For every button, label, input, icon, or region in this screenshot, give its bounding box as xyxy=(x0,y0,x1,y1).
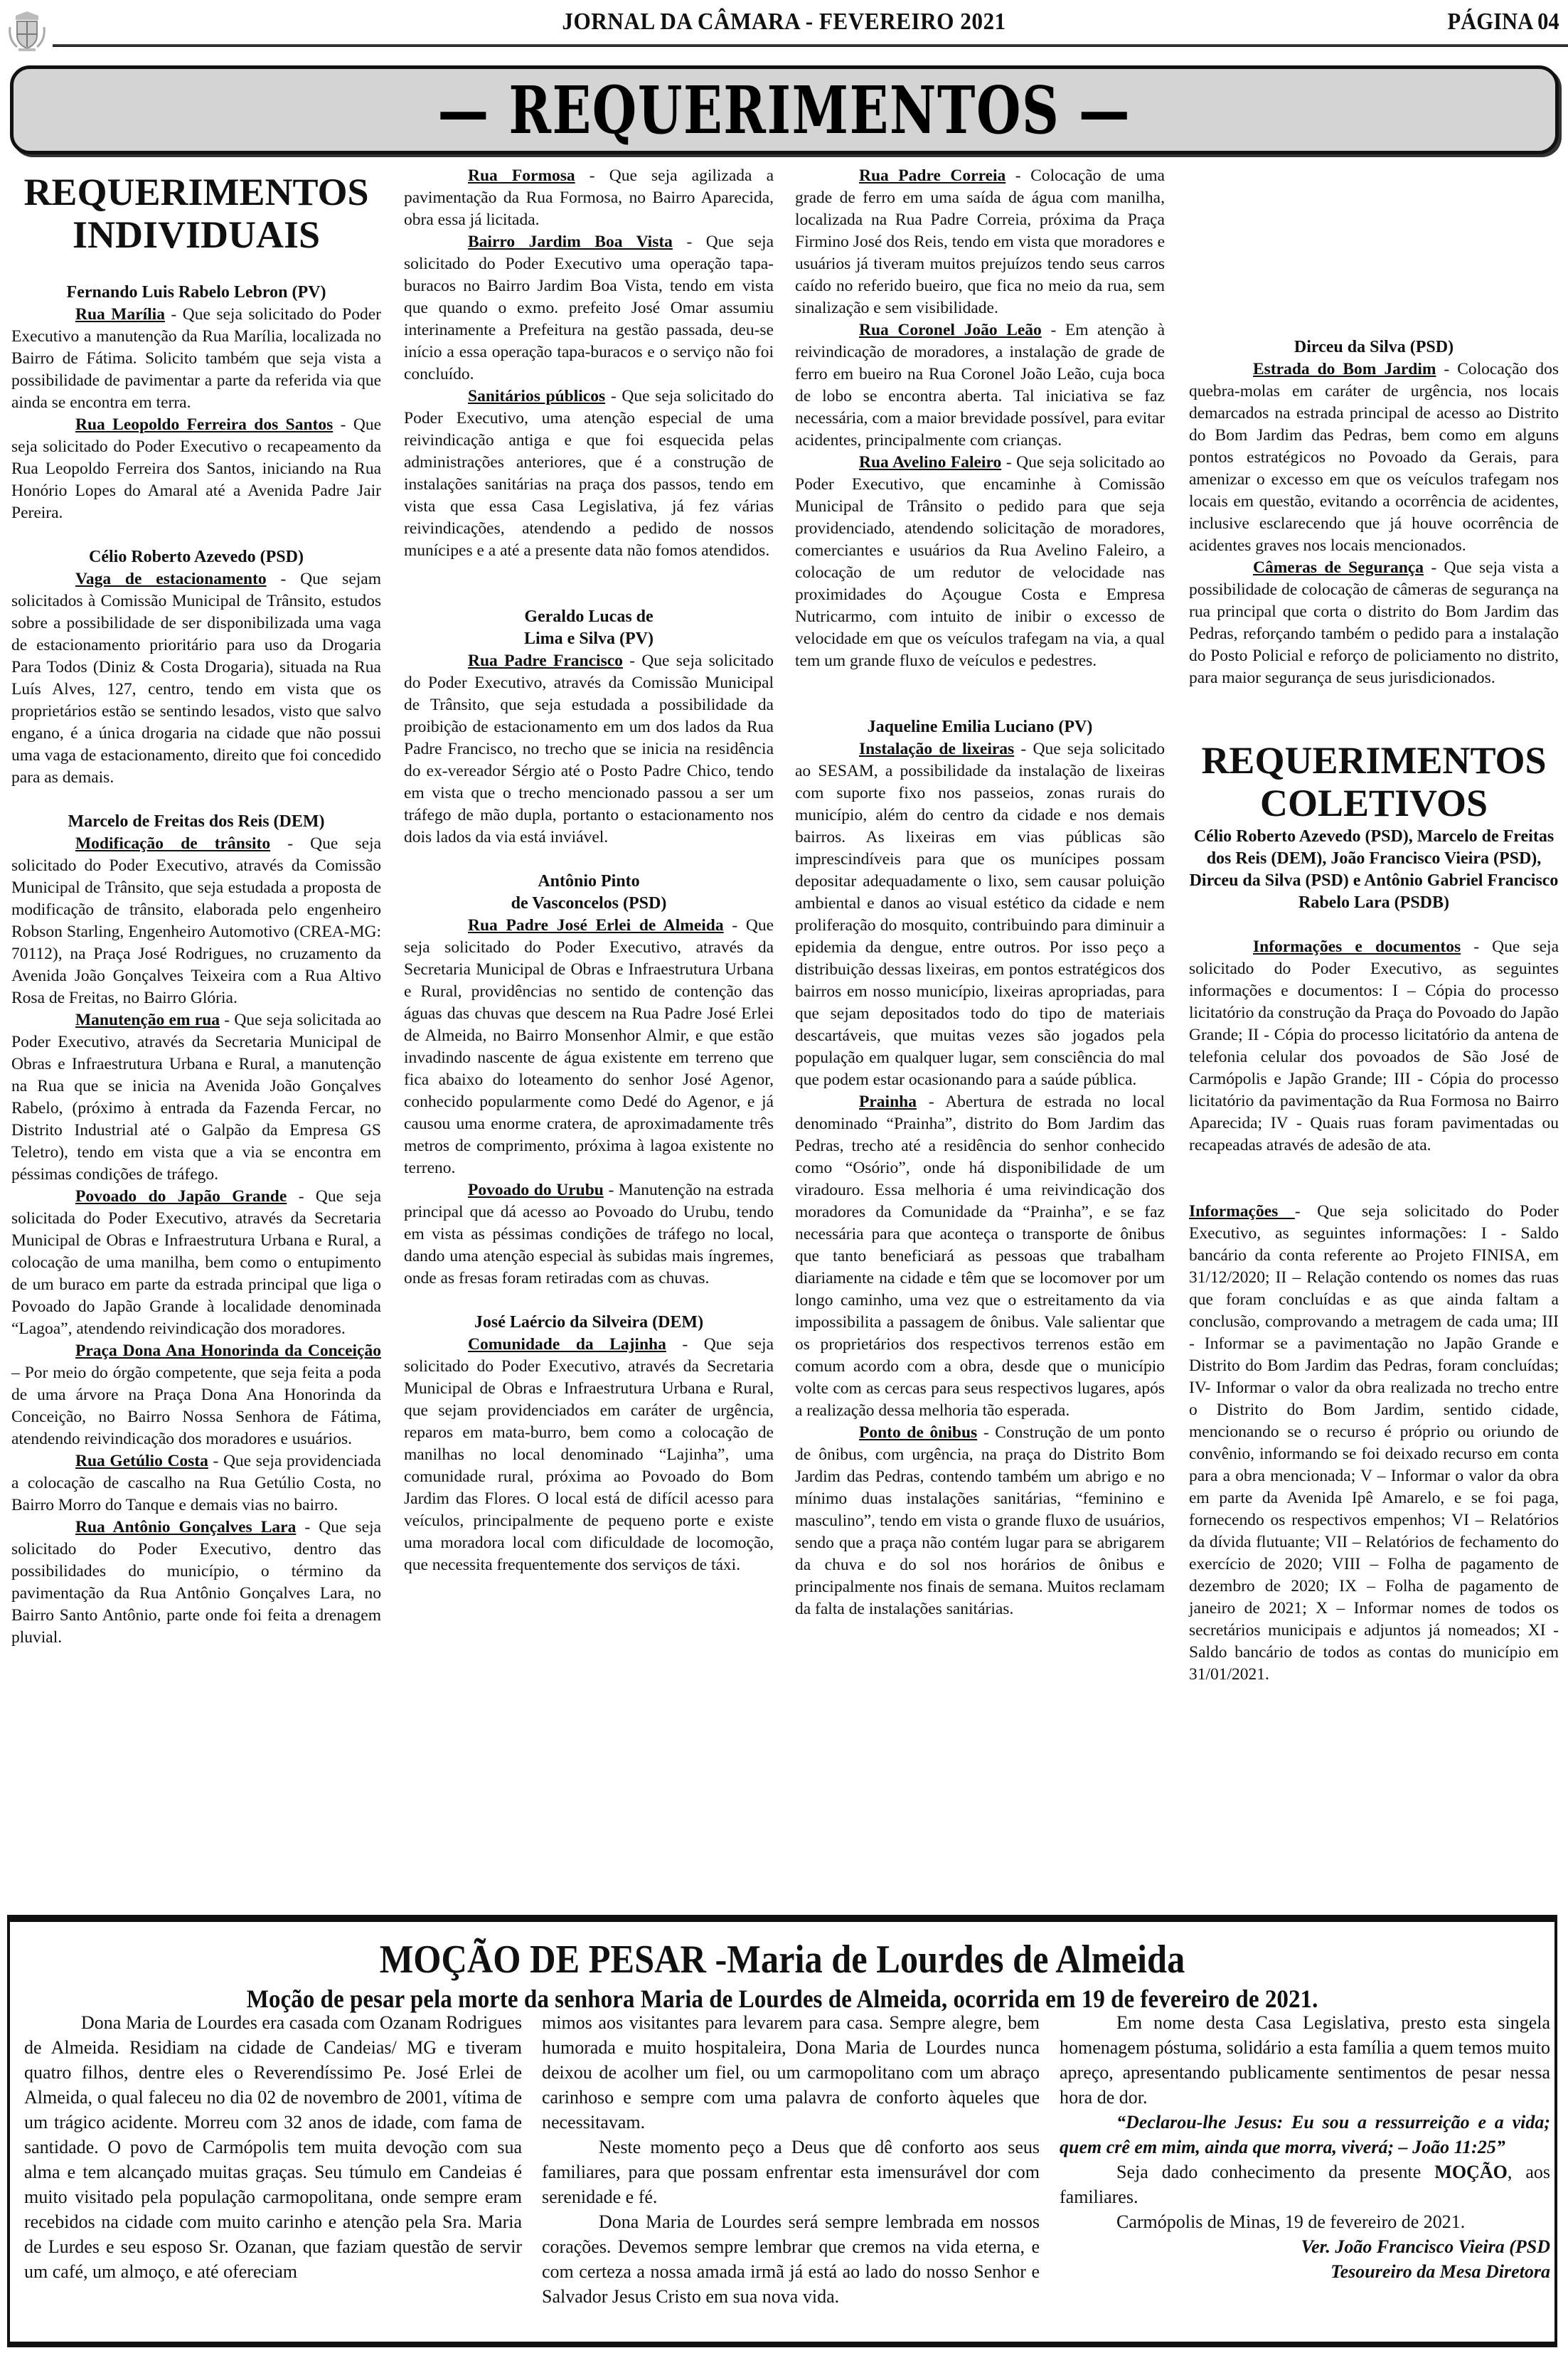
request-item: Manutenção em rua - Que seja solicitada … xyxy=(11,1009,381,1186)
mocao-column-1: Dona Maria de Lourdes era casada com Oza… xyxy=(24,2010,522,2284)
mocao-paragraph: mimos aos visitantes para levarem para c… xyxy=(542,2010,1040,2135)
request-topic: Vaga de estacionamento xyxy=(75,570,267,588)
newspaper-title: JORNAL DA CÂMARA - FEVEREIRO 2021 xyxy=(63,9,1505,36)
request-item-continues: Rua Antônio Gonçalves Lara - Que seja so… xyxy=(11,1517,381,1649)
request-text: - Que seja solicitado do Poder Executivo… xyxy=(1189,938,1559,1154)
request-item: Praça Dona Ana Honorinda da Conceição – … xyxy=(11,1340,381,1450)
request-topic: Instalação de lixeiras xyxy=(859,740,1014,758)
column-1: REQUERIMENTOS INDIVIDUAIS Fernando Luis … xyxy=(11,165,381,1649)
section-banner-title: — REQUERIMENTOS — xyxy=(438,72,1131,149)
masthead-divider xyxy=(53,44,1568,47)
request-topic: Rua Padre José Erlei de Almeida xyxy=(468,916,724,935)
column-4: Dirceu da Silva (PSD) Estrada do Bom Jar… xyxy=(1189,165,1559,1686)
request-topic: Rua Getúlio Costa xyxy=(75,1452,208,1470)
request-topic: Modificação de trânsito xyxy=(75,834,270,853)
request-topic: Estrada do Bom Jardim xyxy=(1253,360,1436,378)
request-text: - Que sejam solicitados à Comissão Munic… xyxy=(11,570,381,787)
request-topic: Rua Coronel João Leão xyxy=(859,321,1042,339)
request-text: - Que seja solicitado do Poder Executivo… xyxy=(404,1335,774,1574)
request-topic: Rua Marília xyxy=(75,305,165,324)
request-topic: Informações xyxy=(1189,1202,1295,1221)
request-text: - Que seja solicitado do Poder Executivo… xyxy=(11,834,381,1007)
request-topic: Povoado do Japão Grande xyxy=(75,1187,287,1206)
request-topic: Comunidade da Lajinha xyxy=(468,1335,666,1354)
individuais-title-line1: REQUERIMENTOS xyxy=(23,171,368,213)
request-text: - Construção de um ponto de ônibus, com … xyxy=(795,1423,1165,1618)
author-name: José Laércio da Silveira (DEM) xyxy=(404,1312,774,1334)
municipal-coat-of-arms-icon xyxy=(6,9,48,53)
request-item: Modificação de trânsito - Que seja solic… xyxy=(11,833,381,1009)
coletivos-title-line1: REQUERIMENTOS xyxy=(1201,739,1546,782)
request-item-continues: Ponto de ônibus - Construção de um ponto… xyxy=(795,1422,1165,1620)
mocao-text: Seja dado conhecimento da presente xyxy=(1116,2162,1434,2182)
mocao-column-3: Em nome desta Casa Legislativa, presto e… xyxy=(1060,2010,1550,2284)
request-text: - Que seja solicitado do Poder Executivo… xyxy=(11,305,381,412)
author-name: Antônio Pinto de Vasconcelos (PSD) xyxy=(404,871,774,915)
masthead: JORNAL DA CÂMARA - FEVEREIRO 2021 PÁGINA… xyxy=(0,0,1568,57)
mocao-paragraph: Em nome desta Casa Legislativa, presto e… xyxy=(1060,2010,1550,2110)
author-name: Jaqueline Emilia Luciano (PV) xyxy=(795,716,1165,738)
request-text: – Por meio do órgão competente, que seja… xyxy=(11,1364,381,1448)
request-item: Povoado do Japão Grande - Que seja solic… xyxy=(11,1186,381,1340)
request-item: Informações - Que seja solicitado do Pod… xyxy=(1189,1201,1559,1686)
request-topic: Praça Dona Ana Honorinda da Conceição xyxy=(75,1342,381,1360)
author-name: Dirceu da Silva (PSD) xyxy=(1189,336,1559,358)
request-item: Instalação de lixeiras - Que seja solici… xyxy=(795,738,1165,1091)
author-name: Fernando Luis Rabelo Lebron (PV) xyxy=(11,282,381,304)
request-item: Bairro Jardim Boa Vista - Que seja solic… xyxy=(404,231,774,386)
author-name-line1: Antônio Pinto xyxy=(538,872,639,891)
request-text: - Colocação de uma grade de ferro em uma… xyxy=(795,166,1165,317)
request-item: Vaga de estacionamento - Que sejam solic… xyxy=(11,568,381,789)
request-text: - Que seja solicitado do Poder Executivo… xyxy=(404,652,774,846)
column-3: Rua Padre Correia - Colocação de uma gra… xyxy=(795,165,1165,1620)
request-topic: Bairro Jardim Boa Vista xyxy=(468,233,673,251)
request-topic: Rua Padre Correia xyxy=(859,166,1006,185)
place-date: Carmópolis de Minas, 19 de fevereiro de … xyxy=(1060,2209,1550,2234)
request-item: Rua Padre José Erlei de Almeida - Que se… xyxy=(404,915,774,1179)
request-topic: Manutenção em rua xyxy=(75,1011,220,1029)
continued-text-spacer xyxy=(1189,165,1559,314)
column-2: Rua Formosa - Que seja agilizada a pavim… xyxy=(404,165,774,1576)
request-text: - Abertura de estrada no local denominad… xyxy=(795,1093,1165,1420)
request-item: Estrada do Bom Jardim - Colocação dos qu… xyxy=(1189,358,1559,557)
request-topic: Rua Leopoldo Ferreira dos Santos xyxy=(75,415,333,434)
request-topic: Rua Formosa xyxy=(468,166,575,185)
request-item: Rua Getúlio Costa - Que seja providencia… xyxy=(11,1450,381,1517)
request-text: - Que seja solicitado do Poder Executivo… xyxy=(404,233,774,383)
author-name-line1: Geraldo Lucas de xyxy=(524,607,653,626)
mocao-paragraph: Seja dado conhecimento da presente MOÇÃO… xyxy=(1060,2160,1550,2209)
request-item: Rua Marília - Que seja solicitado do Pod… xyxy=(11,304,381,414)
request-topic: Rua Padre Francisco xyxy=(468,652,623,670)
request-text: - Que seja vista a possibilidade de colo… xyxy=(1189,558,1559,687)
request-item: Rua Leopoldo Ferreira dos Santos - Que s… xyxy=(11,414,381,524)
request-text: - Que seja solicitado ao SESAM, a possib… xyxy=(795,740,1165,1089)
request-text: - Que seja solicitado do Poder Executivo… xyxy=(404,387,774,560)
author-name: Geraldo Lucas de Lima e Silva (PV) xyxy=(404,606,774,650)
mocao-paragraph: Dona Maria de Lourdes era casada com Oza… xyxy=(24,2010,522,2284)
coletivos-authors: Célio Roberto Azevedo (PSD), Marcelo de … xyxy=(1189,826,1559,914)
request-item: Prainha - Abertura de estrada no local d… xyxy=(795,1091,1165,1422)
request-topic: Povoado do Urubu xyxy=(468,1181,604,1199)
mocao-de-pesar-box: MOÇÃO DE PESAR -Maria de Lourdes de Alme… xyxy=(7,1915,1557,2347)
request-topic: Ponto de ônibus xyxy=(859,1423,977,1442)
request-item-continues: Comunidade da Lajinha - Que seja solicit… xyxy=(404,1334,774,1576)
request-text: - Que seja solicitada ao Poder Executivo… xyxy=(11,1011,381,1184)
request-topic: Rua Antônio Gonçalves Lara xyxy=(75,1518,296,1536)
request-item: Rua Formosa - Que seja agilizada a pavim… xyxy=(404,165,774,231)
request-topic: Prainha xyxy=(859,1093,917,1111)
coletivos-title-line2: COLETIVOS xyxy=(1260,782,1488,824)
request-topic: Rua Avelino Faleiro xyxy=(859,453,1001,472)
requerimentos-columns: REQUERIMENTOS INDIVIDUAIS Fernando Luis … xyxy=(0,165,1568,1901)
request-item: Rua Padre Francisco - Que seja solicitad… xyxy=(404,650,774,849)
author-name: Marcelo de Freitas dos Reis (DEM) xyxy=(11,811,381,833)
signature-name: Ver. João Francisco Vieira (PSD xyxy=(1060,2234,1550,2259)
mocao-paragraph: Dona Maria de Lourdes será sempre lembra… xyxy=(542,2209,1040,2309)
page-number: PÁGINA 04 xyxy=(1448,9,1559,36)
individuais-title-line2: INDIVIDUAIS xyxy=(73,213,320,256)
author-name: Célio Roberto Azevedo (PSD) xyxy=(11,546,381,568)
request-text: - Que seja solicitado ao Poder Executivo… xyxy=(795,453,1165,670)
request-text: - Colocação dos quebra-molas em caráter … xyxy=(1189,360,1559,555)
author-name-line2: Lima e Silva (PV) xyxy=(524,630,654,648)
request-item: Rua Avelino Faleiro - Que seja solicitad… xyxy=(795,452,1165,672)
request-topic: Sanitários públicos xyxy=(468,387,605,405)
request-item: Câmeras de Segurança - Que seja vista a … xyxy=(1189,557,1559,689)
request-text: - Que seja solicitado do Poder Executivo… xyxy=(1189,1202,1559,1684)
signature-role: Tesoureiro da Mesa Diretora xyxy=(1060,2259,1550,2284)
mocao-paragraph: Neste momento peço a Deus que dê confort… xyxy=(542,2135,1040,2209)
request-item: Sanitários públicos - Que seja solicitad… xyxy=(404,386,774,562)
coletivos-title: REQUERIMENTOS COLETIVOS xyxy=(1189,739,1559,824)
request-text: - Que seja solicitado do Poder Executivo… xyxy=(11,1518,381,1647)
request-topic: Informações e documentos xyxy=(1253,938,1461,956)
request-text: - Que seja solicitado do Poder Executivo… xyxy=(404,916,774,1177)
request-item: Povoado do Urubu - Manutenção na estrada… xyxy=(404,1179,774,1290)
author-name-line2: de Vasconcelos (PSD) xyxy=(511,894,667,913)
mocao-title: MOÇÃO DE PESAR -Maria de Lourdes de Alme… xyxy=(87,1936,1478,1983)
request-item: Rua Coronel João Leão - Em atenção à rei… xyxy=(795,319,1165,452)
bible-quote: “Declarou-lhe Jesus: Eu sou a ressurreiç… xyxy=(1060,2110,1550,2160)
mocao-emphasis: MOÇÃO xyxy=(1434,2162,1508,2182)
section-banner: — REQUERIMENTOS — xyxy=(10,65,1559,154)
request-item: Rua Padre Correia - Colocação de uma gra… xyxy=(795,165,1165,319)
request-topic: Câmeras de Segurança xyxy=(1253,558,1424,577)
request-item: Informações e documentos - Que seja soli… xyxy=(1189,936,1559,1157)
request-text: - Que seja solicitada do Poder Executivo… xyxy=(11,1187,381,1338)
individuais-title: REQUERIMENTOS INDIVIDUAIS xyxy=(11,171,381,256)
request-text: - Em atenção à reivindicação de moradore… xyxy=(795,321,1165,450)
mocao-column-2: mimos aos visitantes para levarem para c… xyxy=(542,2010,1040,2309)
request-text: - Que seja agilizada a pavimentação da R… xyxy=(404,166,774,229)
